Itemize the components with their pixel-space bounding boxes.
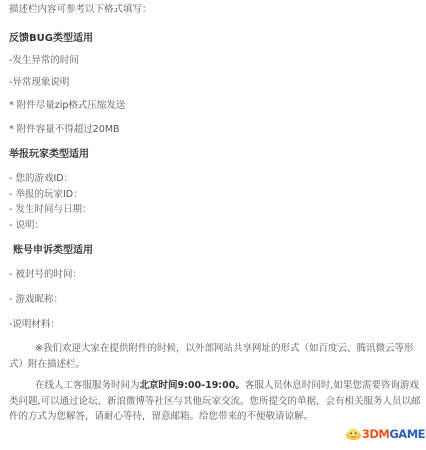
bug-item: -发生异常的时间 [9, 55, 79, 67]
appeal-item: -说明材料： [9, 319, 60, 331]
watermark-text: 3DMGAME [362, 427, 425, 441]
report-item: - 发生时间与日期： [9, 204, 91, 216]
intro-text: 描述栏内容可参考以下格式填写： [9, 4, 152, 16]
section-heading-appeal: 账号申诉类型适用 [13, 245, 93, 257]
bug-item: * 附件尽量zip格式压缩发送 [9, 100, 125, 112]
service-hours: 北京时间9:00-19:00。 [140, 380, 245, 391]
attachment-notice: ※我们欢迎大家在提供附件的时候，以外部网站共享网址的形式（如百度云、腾讯微云等形… [9, 341, 421, 372]
mascot-logo-icon [345, 425, 362, 443]
service-info: 在线人工客服服务时间为北京时间9:00-19:00。客服人员休息时间时,如果您需… [9, 378, 421, 425]
document-body: 描述栏内容可参考以下格式填写： 反馈BUG类型适用 -发生异常的时间 -异常现象… [0, 0, 426, 450]
report-item: - 您的游戏ID： [9, 173, 73, 185]
bug-item: -异常现象说明 [9, 77, 69, 89]
section-heading-report: 举报玩家类型适用 [9, 149, 89, 161]
section-heading-bug: 反馈BUG类型适用 [9, 33, 93, 45]
appeal-item: - 被封号的时间： [9, 269, 82, 281]
report-item: - 举报的玩家ID： [9, 189, 83, 201]
service-prefix: 在线人工客服服务时间为 [35, 380, 140, 391]
bug-item: * 附件容量不得超过20MB [9, 124, 120, 136]
report-item: - 说明： [9, 220, 44, 232]
appeal-item: - 游戏昵称： [9, 294, 63, 306]
3dmgame-watermark: 3DMGAME [345, 423, 425, 445]
